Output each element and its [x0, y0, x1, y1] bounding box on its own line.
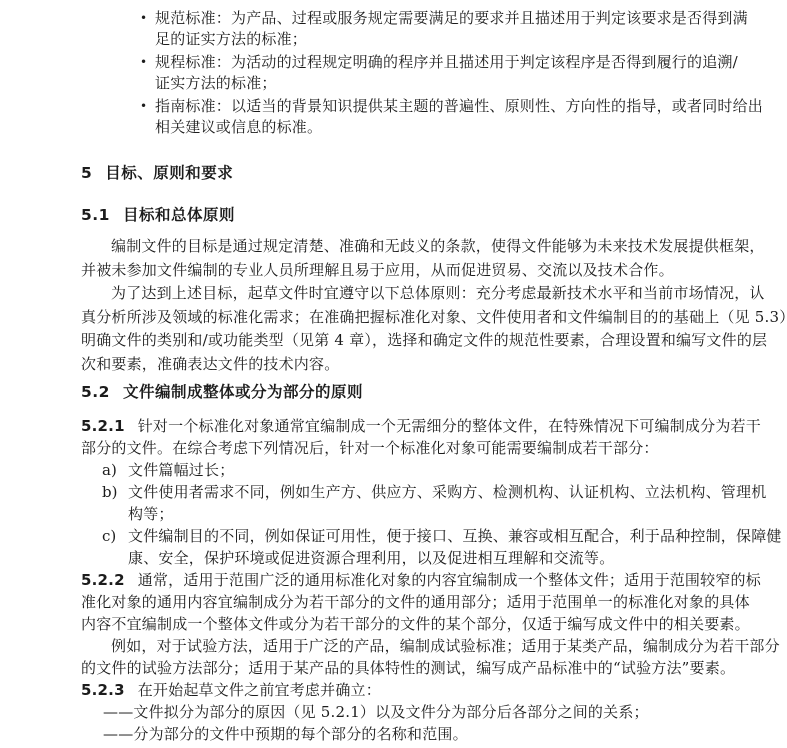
- clause-number: 5.2.3: [81, 681, 125, 699]
- list-item-text: 文件篇幅过长；: [128, 459, 717, 481]
- section-5-2-heading: 5.2 文件编制成整体或分为部分的原则: [81, 381, 717, 403]
- text-line: 例如，对于试验方法，适用于广泛的产品，编制成试验标准；适用于某类产品，编制成分为…: [81, 635, 717, 657]
- text-line: 证实方法的标准；: [155, 73, 717, 94]
- dash-item: ——文件拟分为部分的原因（见 5.2.1）以及文件分为部分后各部分之间的关系；: [81, 701, 717, 723]
- text-line: 指南标准：以适当的背景知识提供某主题的普遍性、原则性、方向性的指导，或者同时给出: [155, 96, 717, 117]
- section-number: 5.2: [81, 381, 110, 403]
- text-line: 内容不宜编制成一个整体文件或分为若干部分的文件的某个部分，仅适于编写成文件中的相…: [81, 613, 717, 635]
- text-line: 真分析所涉及领域的标准化需求；在准确把握标准化对象、文件使用者和文件编制目的的基…: [81, 306, 717, 330]
- bullet-item: • 规范标准：为产品、过程或服务规定需要满足的要求并且描述用于判定该要求是否得到…: [81, 8, 717, 50]
- document-page: • 规范标准：为产品、过程或服务规定需要满足的要求并且描述用于判定该要求是否得到…: [0, 0, 787, 745]
- dash-list: ——文件拟分为部分的原因（见 5.2.1）以及文件分为部分后各部分之间的关系； …: [81, 701, 717, 745]
- text-line: 相关建议或信息的标准。: [155, 117, 717, 138]
- clause-number: 5.2.1: [81, 417, 125, 435]
- bullet-item: • 规程标准：为活动的过程规定明确的程序并且描述用于判定该程序是否得到履行的追溯…: [81, 52, 717, 94]
- clause-text: 通常，适用于范围广泛的通用标准化对象的内容宜编制成一个整体文件；适用于范围较窄的…: [138, 571, 761, 589]
- text-line: 部分的文件。在综合考虑下列情况后，针对一个标准化对象可能需要编制成若干部分：: [81, 437, 717, 459]
- text-line: 5.2.2通常，适用于范围广泛的通用标准化对象的内容宜编制成一个整体文件；适用于…: [81, 569, 717, 591]
- bullet-text: 规范标准：为产品、过程或服务规定需要满足的要求并且描述用于判定该要求是否得到满 …: [155, 8, 717, 50]
- list-item-text: 文件使用者需求不同，例如生产方、供应方、采购方、检测机构、认证机构、立法机构、管…: [128, 481, 717, 525]
- bullet-icon: •: [140, 52, 155, 94]
- text-line: 构等；: [128, 503, 717, 525]
- paragraph: 为了达到上述目标，起草文件时宜遵守以下总体原则：充分考虑最新技术水平和当前市场情…: [81, 282, 717, 376]
- text-line: 规程标准：为活动的过程规定明确的程序并且描述用于判定该程序是否得到履行的追溯/: [155, 52, 717, 73]
- text-line: 并被未参加文件编制的专业人员所理解且易于应用，从而促进贸易、交流以及技术合作。: [81, 259, 717, 283]
- paragraph: 编制文件的目标是通过规定清楚、准确和无歧义的条款，使得文件能够为未来技术发展提供…: [81, 235, 717, 282]
- section-title: 目标和总体原则: [123, 204, 235, 226]
- text-line: 规范标准：为产品、过程或服务规定需要满足的要求并且描述用于判定该要求是否得到满: [155, 8, 717, 29]
- clause-5-2-3: 5.2.3在开始起草文件之前宜考虑并确立：: [81, 679, 717, 701]
- text-line: 足的证实方法的标准；: [155, 29, 717, 50]
- text-line: 为了达到上述目标，起草文件时宜遵守以下总体原则：充分考虑最新技术水平和当前市场情…: [81, 282, 717, 306]
- list-item-text: 文件编制目的不同，例如保证可用性，便于接口、互换、兼容或相互配合，利于品种控制，…: [128, 525, 717, 569]
- text-line: 明确文件的类别和/或功能类型（见第 4 章），选择和确定文件的规范性要素，合理设…: [81, 329, 717, 353]
- bullet-list: • 规范标准：为产品、过程或服务规定需要满足的要求并且描述用于判定该要求是否得到…: [81, 8, 717, 138]
- text-line: 5.2.3在开始起草文件之前宜考虑并确立：: [81, 679, 717, 701]
- clause-text: 针对一个标准化对象通常宜编制成一个无需细分的整体文件，在特殊情况下可编制成分为若…: [138, 417, 761, 435]
- list-label: c): [102, 525, 128, 569]
- bullet-text: 规程标准：为活动的过程规定明确的程序并且描述用于判定该程序是否得到履行的追溯/ …: [155, 52, 717, 94]
- example-paragraph: 例如，对于试验方法，适用于广泛的产品，编制成试验标准；适用于某类产品，编制成分为…: [81, 635, 717, 679]
- text-line: 准化对象的通用内容宜编制成分为若干部分的文件的通用部分；适用于范围单一的标准化对…: [81, 591, 717, 613]
- section-title: 文件编制成整体或分为部分的原则: [123, 381, 363, 403]
- bullet-text: 指南标准：以适当的背景知识提供某主题的普遍性、原则性、方向性的指导，或者同时给出…: [155, 96, 717, 138]
- clause-number: 5.2.2: [81, 571, 125, 589]
- list-item: a) 文件篇幅过长；: [81, 459, 717, 481]
- clause-text: 在开始起草文件之前宜考虑并确立：: [138, 681, 381, 699]
- bullet-item: • 指南标准：以适当的背景知识提供某主题的普遍性、原则性、方向性的指导，或者同时…: [81, 96, 717, 138]
- lettered-list: a) 文件篇幅过长； b) 文件使用者需求不同，例如生产方、供应方、采购方、检测…: [81, 459, 717, 569]
- section-number: 5.1: [81, 204, 110, 226]
- section-number: 5: [81, 162, 92, 184]
- section-title: 目标、原则和要求: [105, 162, 233, 184]
- section-5-heading: 5 目标、原则和要求: [81, 162, 717, 184]
- clause-5-2-2: 5.2.2通常，适用于范围广泛的通用标准化对象的内容宜编制成一个整体文件；适用于…: [81, 569, 717, 635]
- text-line: 编制文件的目标是通过规定清楚、准确和无歧义的条款，使得文件能够为未来技术发展提供…: [81, 235, 717, 259]
- clause-5-2-1: 5.2.1针对一个标准化对象通常宜编制成一个无需细分的整体文件，在特殊情况下可编…: [81, 415, 717, 459]
- text-line: 文件篇幅过长；: [128, 459, 717, 481]
- text-line: 的文件的试验方法部分；适用于某产品的具体特性的测试，编写成产品标准中的“试验方法…: [81, 657, 717, 679]
- text-line: 文件编制目的不同，例如保证可用性，便于接口、互换、兼容或相互配合，利于品种控制，…: [128, 525, 717, 547]
- list-item: c) 文件编制目的不同，例如保证可用性，便于接口、互换、兼容或相互配合，利于品种…: [81, 525, 717, 569]
- list-item: b) 文件使用者需求不同，例如生产方、供应方、采购方、检测机构、认证机构、立法机…: [81, 481, 717, 525]
- text-line: 5.2.1针对一个标准化对象通常宜编制成一个无需细分的整体文件，在特殊情况下可编…: [81, 415, 717, 437]
- bullet-icon: •: [140, 8, 155, 50]
- list-label: b): [102, 481, 128, 525]
- section-5-1-heading: 5.1 目标和总体原则: [81, 204, 717, 226]
- text-line: 康、安全，保护环境或促进资源合理利用，以及促进相互理解和交流等。: [128, 547, 717, 569]
- list-label: a): [102, 459, 128, 481]
- dash-item: ——分为部分的文件中预期的每个部分的名称和范围。: [81, 723, 717, 745]
- text-line: 次和要素，准确表达文件的技术内容。: [81, 353, 717, 377]
- bullet-icon: •: [140, 96, 155, 138]
- text-line: 文件使用者需求不同，例如生产方、供应方、采购方、检测机构、认证机构、立法机构、管…: [128, 481, 717, 503]
